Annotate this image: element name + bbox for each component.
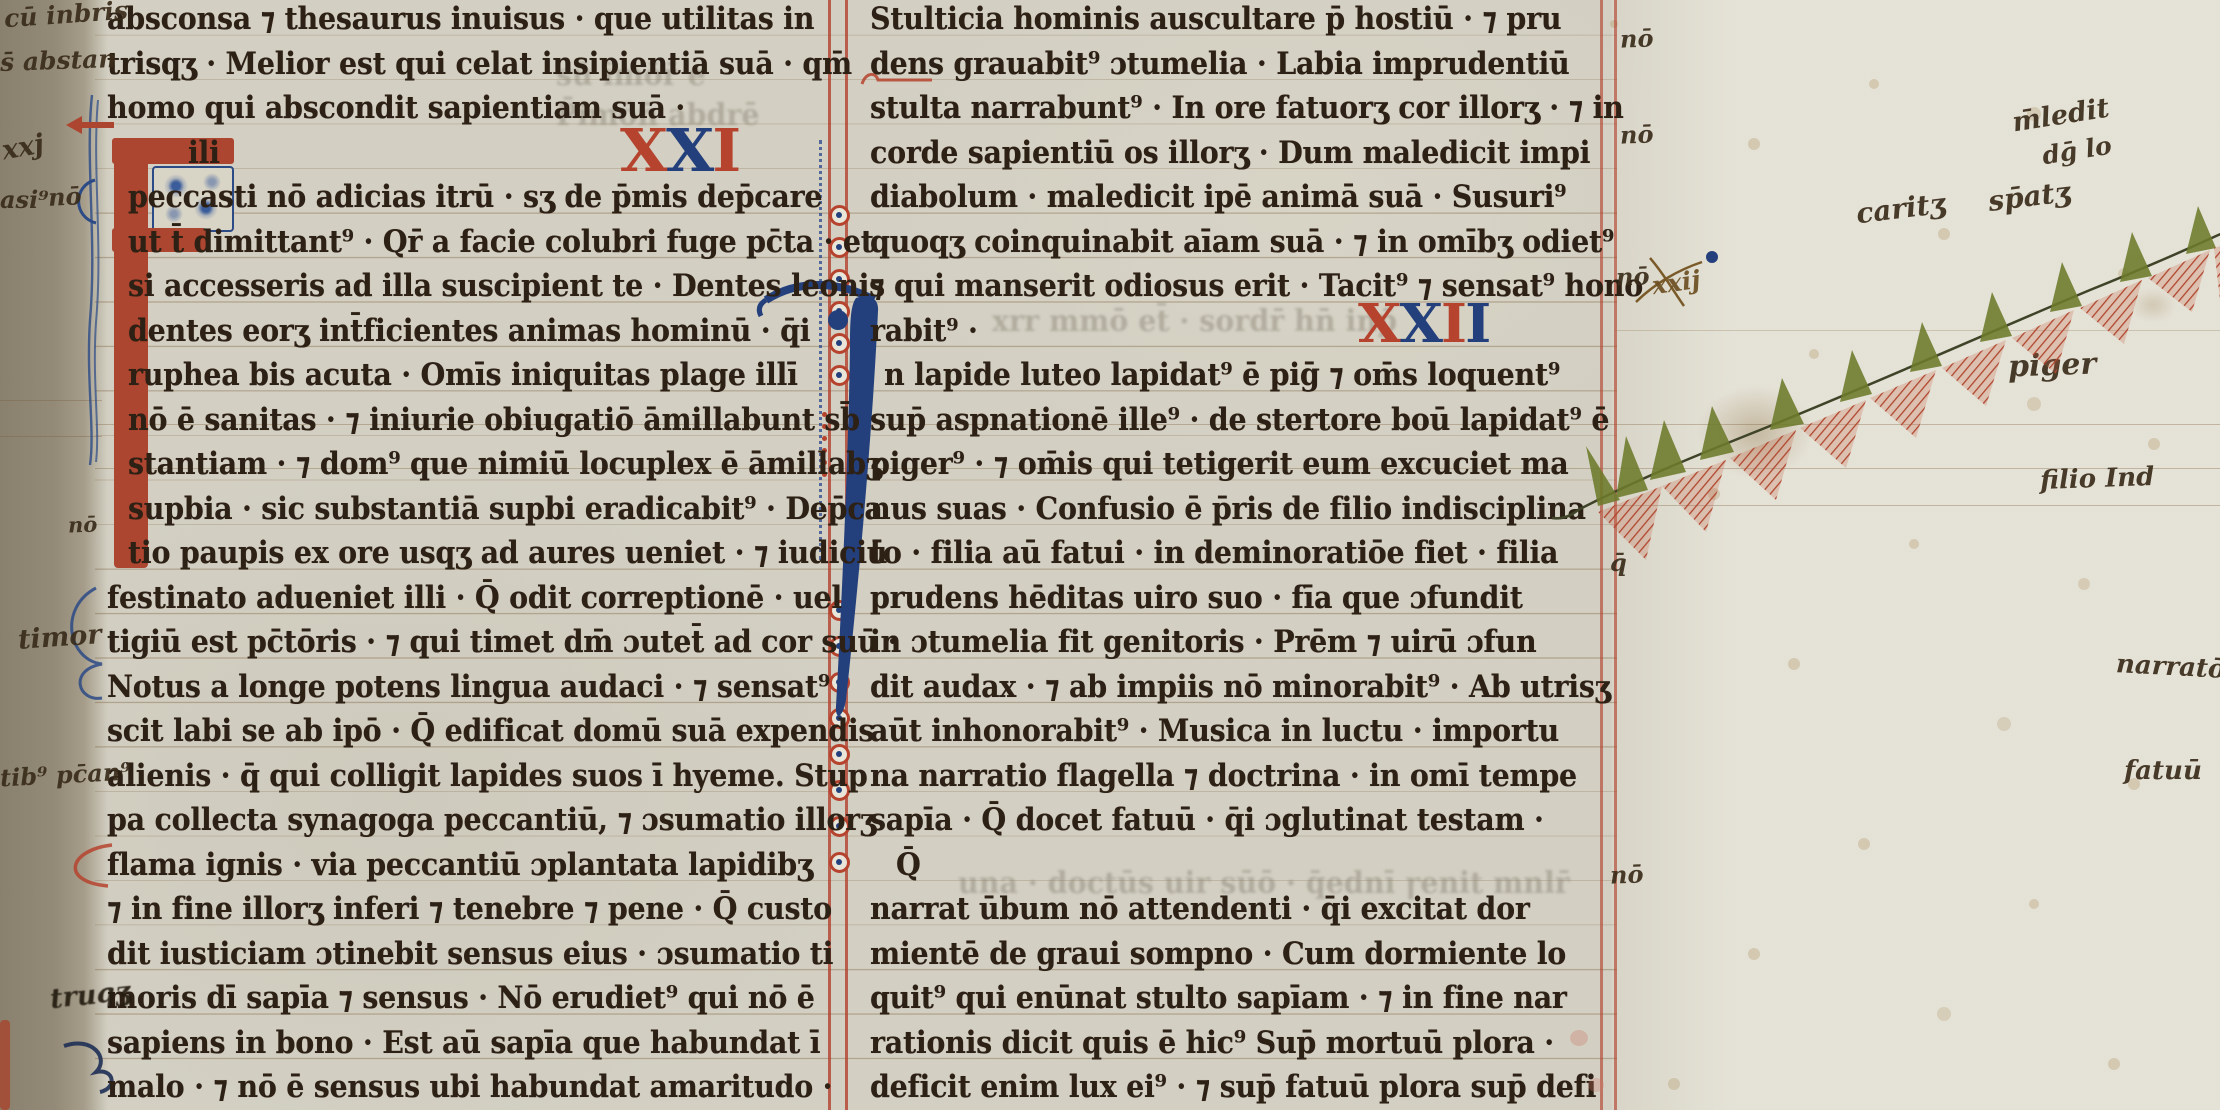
text-line: dit iusticiam ɔtinebit sensus eius · ɔsu…: [107, 936, 833, 972]
text-line: homo qui abscondit sapientiam suā ·: [107, 90, 685, 126]
margin-note: filio Ind: [2040, 462, 2155, 496]
margin-note: nō: [1620, 23, 1654, 53]
through-rule: [0, 436, 102, 437]
parchment-stain: [1698, 386, 1813, 478]
text-line: Stulticia hominis auscultare p̄ hostiū ·…: [870, 1, 1561, 37]
text-line: stulta narrabunt⁹ · In ore fatuorʒ cor i…: [870, 90, 1624, 126]
text-line: na narratio flagella ⁊ doctrina · in omī…: [870, 758, 1577, 794]
right-bounding-rule: [1600, 0, 1603, 1110]
bleedthrough-text: xrr mmō et̄ · sordr̄ hn̄ inp̄: [992, 302, 1397, 342]
text-line: narrat ūbum nō attendenti · q̄i excitat …: [870, 891, 1530, 927]
outer-margin-parchment: [1612, 0, 2220, 1110]
text-line: ruphea bis acuta · Omīs iniquitas plage …: [128, 357, 798, 393]
text-line: prudens hēditas uiro suo · fīa que ɔfund…: [870, 580, 1523, 616]
margin-note: nō: [1620, 119, 1654, 149]
text-line: supbia · sic substantiā supbi eradicabit…: [128, 491, 883, 527]
text-line: nō ē sanitas · ⁊ iniurie obiugatiō āmill…: [128, 402, 860, 438]
text-line: stantiam · ⁊ dom⁹ que nimiū locuplex ē ā…: [128, 446, 882, 482]
text-line: nus suas · Confusio ē p̄ris de filio ind…: [870, 491, 1586, 527]
margin-note: asi⁹: [0, 185, 49, 214]
text-line: in ɔtumelia fit genitoris · Prēm ⁊ uirū …: [870, 624, 1536, 660]
through-rule: [1615, 330, 2220, 331]
chapter-number-letter: X: [1358, 297, 1403, 350]
divider-bead-ornament: [829, 672, 850, 693]
through-rule: [0, 400, 102, 401]
chapter-number-letter: I: [1465, 297, 1493, 350]
corner-red-mark: [0, 1020, 10, 1110]
text-line: pa collecta synagoga peccantiū, ⁊ ɔsumat…: [107, 802, 876, 838]
text-line: corde sapientiū os illorʒ · Dum maledici…: [870, 135, 1590, 171]
text-line: tio paupis ex ore usqʒ ad aures ueniet ·…: [128, 535, 887, 571]
margin-note: q̄: [1610, 548, 1627, 577]
chapter-number-xxi: XXI: [620, 120, 743, 182]
text-line: piger⁹ · ⁊ om̄is qui tetigerit eum excuc…: [870, 446, 1568, 482]
manuscript-page: sū īmōr̄ eP̄imōn̄ abdrē xrr mmō et̄ · so…: [0, 0, 2220, 1110]
text-line: sapīa · Q̄ docet fatuū · q̄i ɔglutinat t…: [870, 802, 1544, 838]
margin-note: narratō: [2115, 649, 2220, 685]
text-line: aūt inhonorabit⁹ · Musica in luctu · imp…: [870, 713, 1559, 749]
divider-bead-ornament: [829, 365, 850, 386]
text-line: to · filia aū fatui · in deminoratiōe fi…: [870, 535, 1558, 571]
margin-note: nō: [1616, 261, 1650, 291]
margin-note: nō: [1610, 859, 1644, 889]
gutter-edge: [0, 0, 108, 1110]
pink-smudge: [1588, 1078, 1604, 1092]
text-line: trisqʒ · Melior est qui celat insipienti…: [107, 46, 852, 82]
chapter-number-letter: X: [666, 122, 716, 181]
chapter-number-letter: X: [620, 122, 670, 181]
through-rule: [1615, 505, 2220, 506]
text-line: n lapide luteo lapidat⁹ ē piḡ ⁊ om̄s loq…: [884, 357, 1560, 393]
text-line: quoqʒ coinquinabit aīam suā · ⁊ in omībʒ…: [870, 224, 1614, 260]
parchment-stain: [2130, 288, 2176, 322]
text-line: Q̄: [896, 847, 921, 883]
text-line: deficit enim lux ei⁹ · ⁊ sup̄ fatuū plor…: [870, 1069, 1596, 1105]
divider-bead-ornament: [829, 333, 850, 354]
text-line: ⁊ in fine illorʒ inferi ⁊ tenebre ⁊ pene…: [107, 891, 832, 927]
text-line: malo · ⁊ nō ē sensus ubi habundat amarit…: [107, 1069, 832, 1105]
text-line: ili: [188, 135, 220, 171]
text-line: festinato adueniet illi · Q̄ odit correp…: [107, 580, 842, 616]
text-line: sapiens in bono · Est aū sapīa que habun…: [107, 1025, 820, 1061]
text-line: dentes eorʒ int̄ficientes animas hominū …: [128, 313, 810, 349]
text-line: diabolum · maledicit ipē animā suā · Sus…: [870, 179, 1566, 215]
text-line: alienis · q̄ qui colligit lapides suos ī…: [107, 758, 868, 794]
divider-bead-ornament: [829, 301, 850, 322]
text-line: sup̄ aspnationē ille⁹ · de stertore boū …: [870, 402, 1609, 438]
text-line: quit⁹ qui enūnat stulto sapīam · ⁊ in fi…: [870, 980, 1567, 1016]
text-line: si accesseris ad illa suscipient te · De…: [128, 268, 885, 304]
text-line: moris dī sapīa ⁊ sensus · Nō erudiet⁹ qu…: [107, 980, 815, 1016]
text-line: ut t̄ dimittant⁹ · Qr̄ a facie colubri f…: [128, 224, 874, 260]
text-line: dens grauabit⁹ ɔtumelia · Labia impruden…: [870, 46, 1570, 82]
chapter-number-letter: I: [712, 122, 743, 181]
text-line: dit audax · ⁊ ab impiis nō minorabit⁹ · …: [870, 669, 1611, 705]
chapter-number-letter: X: [1399, 297, 1444, 350]
margin-note: nō: [47, 181, 82, 212]
margin-note: timor: [17, 619, 102, 656]
text-line: mientē de graui sompno · Cum dormiente l…: [870, 936, 1566, 972]
text-line: Notus a longe potens lingua audaci · ⁊ s…: [107, 669, 830, 705]
chapter-number-xxii: XXII: [1358, 296, 1493, 352]
text-line: flama ignis · via peccantiū ɔplantata la…: [107, 847, 813, 883]
text-line: scit labi se ab ipō · Q̄ edificat domū s…: [107, 713, 874, 749]
pink-smudge: [1570, 1030, 1588, 1046]
divider-bead-ornament: [829, 852, 850, 873]
margin-note: piger: [2007, 346, 2096, 384]
margin-note: s̄ abstan: [0, 44, 117, 77]
text-line: peccasti nō adicias itrū · sʒ de p̄mis d…: [128, 179, 822, 215]
margin-note: fatuū: [2124, 756, 2202, 786]
margin-note: nō: [68, 511, 98, 537]
text-line: absconsa ⁊ thesaurus inuisus · que utili…: [107, 1, 814, 37]
text-line: rabit⁹ ·: [870, 313, 978, 349]
text-line: tigiū est pc̄tōris · ⁊ qui timet dm̄ ɔut…: [107, 624, 897, 660]
text-line: rationis dicit quis ē hic⁹ Sup̄ mortuū p…: [870, 1025, 1554, 1061]
text-line: ⁊ qui manserit odiosus erit · Tacit⁹ ⁊ s…: [870, 268, 1643, 304]
